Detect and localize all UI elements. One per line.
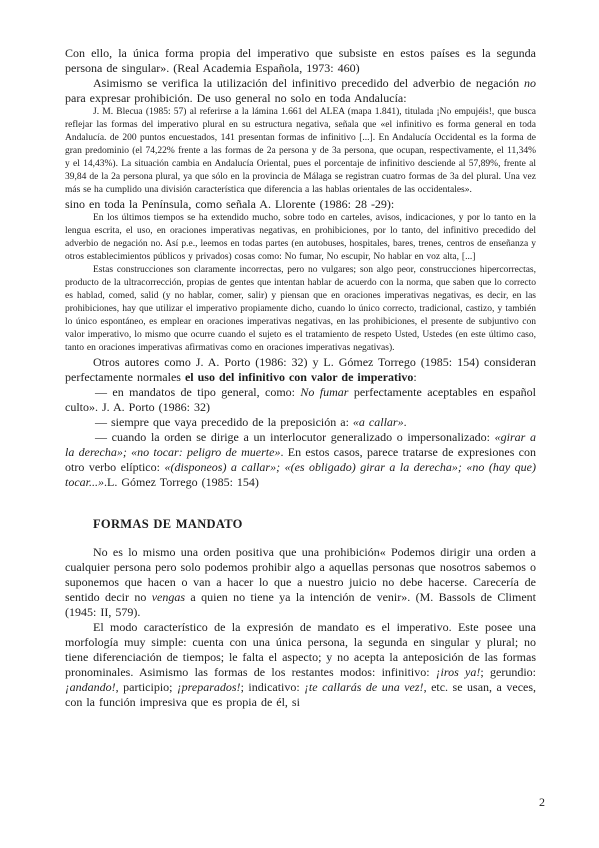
text-run: En los últimos tiempos se ha extendido m…	[65, 213, 536, 262]
text-run: «a callar»	[353, 415, 404, 429]
paragraph-quote-continuation: Con ello, la única forma propia del impe…	[65, 46, 536, 76]
text-run: ; gerundio:	[480, 665, 536, 679]
text-run: J. M. Blecua (1985: 57) al referirse a l…	[65, 107, 536, 195]
text-run: , participio;	[116, 680, 177, 694]
text-run: Con ello, la única forma propia del impe…	[65, 46, 536, 75]
text-run: sino en toda la Península, como señala A…	[65, 197, 394, 211]
text-run: no	[524, 76, 536, 90]
page-number: 2	[0, 795, 545, 810]
text-run: ¡andando!	[65, 680, 116, 694]
text-run: — en mandatos de tipo general, como:	[95, 385, 300, 399]
text-run: Estas construcciones son claramente inco…	[65, 265, 536, 353]
text-run: vengas	[152, 590, 185, 604]
text-run: ¡iros ya!	[436, 665, 481, 679]
blockquote-blecua: J. M. Blecua (1985: 57) al referirse a l…	[65, 106, 536, 197]
list-item-interlocutor: — cuando la orden se dirige a un interlo…	[65, 430, 536, 490]
paragraph-asimismo: Asimismo se verifica la utilización del …	[65, 76, 536, 106]
text-run: para expresar prohibición. De uso genera…	[65, 91, 407, 105]
text-run: el uso del infinitivo con valor de imper…	[185, 370, 413, 384]
text-run: .	[404, 415, 407, 429]
text-run: ¡preparados!	[177, 680, 241, 694]
list-item-preposicion: — siempre que vaya precedido de la prepo…	[65, 415, 536, 430]
text-run: ¡te callarás de una vez!	[304, 680, 423, 694]
blockquote-construcciones: Estas construcciones son claramente inco…	[65, 264, 536, 355]
paragraph-el-modo: El modo característico de la expresión d…	[65, 620, 536, 710]
paragraph-sino: sino en toda la Península, como señala A…	[65, 197, 536, 212]
text-run: :	[413, 370, 416, 384]
text-run: .L. Gómez Torrego (1985: 154)	[104, 475, 259, 489]
text-run: FORMAS DE MANDATO	[93, 517, 243, 531]
paragraph-no-es-lo-mismo: No es lo mismo una orden positiva que un…	[65, 545, 536, 620]
text-run: — cuando la orden se dirige a un interlo…	[95, 430, 495, 444]
text-run: No fumar	[300, 385, 348, 399]
blockquote-llorente: En los últimos tiempos se ha extendido m…	[65, 212, 536, 264]
paragraph-otros-autores: Otros autores como J. A. Porto (1986: 32…	[65, 355, 536, 385]
text-run: — siempre que vaya precedido de la prepo…	[95, 415, 353, 429]
list-item-mandatos: — en mandatos de tipo general, como: No …	[65, 385, 536, 415]
text-run: ; indicativo:	[241, 680, 305, 694]
section-heading: FORMAS DE MANDATO	[65, 517, 536, 532]
document-page: Con ello, la única forma propia del impe…	[0, 0, 599, 848]
text-run: Asimismo se verifica la utilización del …	[93, 76, 524, 90]
